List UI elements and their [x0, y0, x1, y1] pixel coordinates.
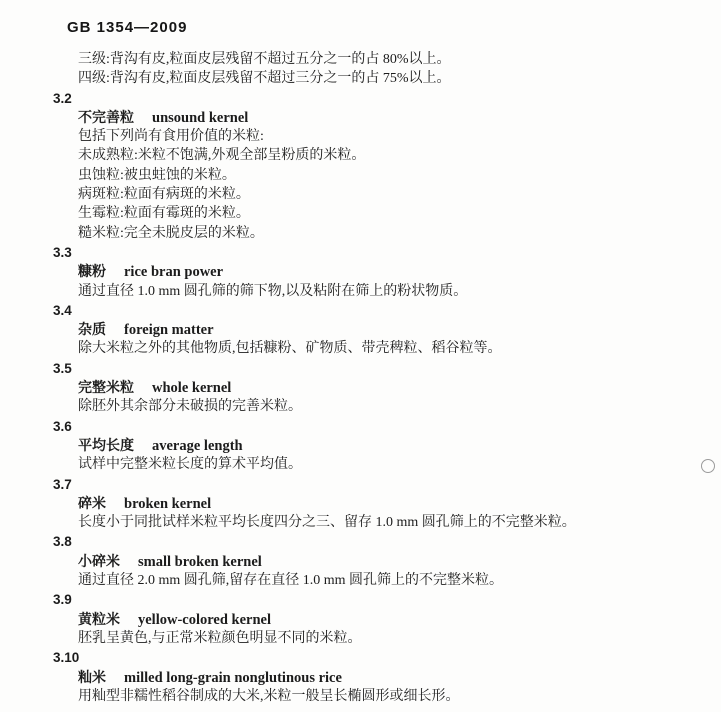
section-number: 3.4	[0, 301, 721, 320]
definition-text: 除大米粒之外的其他物质,包括糠粉、矿物质、带壳稗粒、稻谷粒等。	[78, 341, 502, 356]
definition-text: 通过直径 2.0 mm 圆孔筛,留存在直径 1.0 mm 圆孔筛上的不完整米粒。	[78, 573, 503, 588]
definition-line: 生霉粒:粒面有霉斑的米粒。	[0, 204, 721, 223]
section-number: 3.9	[0, 590, 721, 609]
term-chinese: 黄粒米	[78, 611, 120, 627]
definition-text: 虫蚀粒:被虫蛀蚀的米粒。	[78, 168, 236, 183]
section-number: 3.2	[0, 89, 721, 108]
definition-text: 用籼型非糯性稻谷制成的大米,米粒一般呈长椭圆形或细长形。	[78, 689, 460, 704]
definition-line: 用籼型非糯性稻谷制成的大米,米粒一般呈长椭圆形或细长形。	[0, 687, 721, 706]
term-chinese: 籼米	[78, 669, 106, 685]
definition-text: 除胚外其余部分未破损的完善米粒。	[78, 399, 302, 414]
section-number: 3.8	[0, 532, 721, 551]
definition-text: 糙米粒:完全未脱皮层的米粒。	[78, 226, 264, 241]
term-line: 黄粒米yellow-colored kernel	[0, 610, 721, 629]
definition-text: 包括下列尚有食用价值的米粒:	[78, 129, 264, 144]
binder-hole	[701, 459, 715, 473]
definition-line: 长度小于同批试样米粒平均长度四分之三、留存 1.0 mm 圆孔筛上的不完整米粒。	[0, 513, 721, 532]
term-english: whole kernel	[152, 380, 231, 396]
term-english: unsound kernel	[152, 110, 248, 126]
definition-text: 试样中完整米粒长度的算术平均值。	[78, 457, 302, 472]
document-body: 三级:背沟有皮,粒面皮层残留不超过五分之一的占 80%以上。四级:背沟有皮,粒面…	[0, 50, 721, 706]
term-line: 不完善粒unsound kernel	[0, 108, 721, 127]
term-english: broken kernel	[124, 496, 211, 512]
term-english: foreign matter	[124, 322, 214, 338]
definition-text: 通过直径 1.0 mm 圆孔筛的筛下物,以及粘附在筛上的粉状物质。	[78, 284, 467, 299]
term-chinese: 不完善粒	[78, 109, 134, 125]
term-line: 杂质foreign matter	[0, 320, 721, 339]
term-chinese: 碎米	[78, 495, 106, 511]
term-english: rice bran power	[124, 264, 223, 280]
grade-requirement-line: 三级:背沟有皮,粒面皮层残留不超过五分之一的占 80%以上。	[0, 50, 721, 69]
term-chinese: 小碎米	[78, 553, 120, 569]
grade-requirement-line: 四级:背沟有皮,粒面皮层残留不超过三分之一的占 75%以上。	[0, 69, 721, 88]
term-line: 碎米broken kernel	[0, 494, 721, 513]
section-number-text: 3.2	[53, 91, 72, 106]
term-english: average length	[152, 438, 243, 454]
definition-text: 病斑粒:粒面有病斑的米粒。	[78, 187, 250, 202]
section-number-text: 3.6	[53, 419, 72, 434]
section-number: 3.3	[0, 243, 721, 262]
term-line: 平均长度average length	[0, 436, 721, 455]
term-chinese: 平均长度	[78, 437, 134, 453]
section-number-text: 3.3	[53, 245, 72, 260]
grade-requirement-text: 四级:背沟有皮,粒面皮层残留不超过三分之一的占 75%以上。	[78, 71, 451, 86]
section-number: 3.5	[0, 359, 721, 378]
definition-line: 病斑粒:粒面有病斑的米粒。	[0, 185, 721, 204]
definition-line: 除胚外其余部分未破损的完善米粒。	[0, 397, 721, 416]
term-english: small broken kernel	[138, 554, 262, 570]
section-number-text: 3.7	[53, 477, 72, 492]
section-number: 3.10	[0, 648, 721, 667]
section-number-text: 3.5	[53, 361, 72, 376]
document-page: GB 1354—2009 三级:背沟有皮,粒面皮层残留不超过五分之一的占 80%…	[0, 0, 721, 712]
definition-line: 胚乳呈黄色,与正常米粒颜色明显不同的米粒。	[0, 629, 721, 648]
definition-text: 生霉粒:粒面有霉斑的米粒。	[78, 206, 250, 221]
term-chinese: 完整米粒	[78, 379, 134, 395]
section-number-text: 3.8	[53, 534, 72, 549]
definition-line: 虫蚀粒:被虫蛀蚀的米粒。	[0, 166, 721, 185]
term-line: 籼米milled long-grain nonglutinous rice	[0, 668, 721, 687]
definition-line: 包括下列尚有食用价值的米粒:	[0, 127, 721, 146]
definition-line: 未成熟粒:米粒不饱满,外观全部呈粉质的米粒。	[0, 146, 721, 165]
definition-text: 胚乳呈黄色,与正常米粒颜色明显不同的米粒。	[78, 631, 362, 646]
definition-line: 除大米粒之外的其他物质,包括糠粉、矿物质、带壳稗粒、稻谷粒等。	[0, 339, 721, 358]
term-chinese: 杂质	[78, 321, 106, 337]
definition-line: 糙米粒:完全未脱皮层的米粒。	[0, 224, 721, 243]
term-english: yellow-colored kernel	[138, 612, 271, 628]
definition-line: 通过直径 1.0 mm 圆孔筛的筛下物,以及粘附在筛上的粉状物质。	[0, 282, 721, 301]
section-number: 3.6	[0, 417, 721, 436]
section-number-text: 3.10	[53, 650, 79, 665]
definition-text: 未成熟粒:米粒不饱满,外观全部呈粉质的米粒。	[78, 148, 365, 163]
term-chinese: 糠粉	[78, 263, 106, 279]
section-number: 3.7	[0, 475, 721, 494]
grade-requirement-text: 三级:背沟有皮,粒面皮层残留不超过五分之一的占 80%以上。	[78, 52, 451, 67]
term-line: 完整米粒whole kernel	[0, 378, 721, 397]
standard-number-header: GB 1354—2009	[67, 19, 187, 36]
term-line: 糠粉rice bran power	[0, 262, 721, 281]
section-number-text: 3.9	[53, 592, 72, 607]
section-number-text: 3.4	[53, 303, 72, 318]
definition-line: 通过直径 2.0 mm 圆孔筛,留存在直径 1.0 mm 圆孔筛上的不完整米粒。	[0, 571, 721, 590]
term-line: 小碎米small broken kernel	[0, 552, 721, 571]
term-english: milled long-grain nonglutinous rice	[124, 670, 342, 686]
definition-line: 试样中完整米粒长度的算术平均值。	[0, 455, 721, 474]
definition-text: 长度小于同批试样米粒平均长度四分之三、留存 1.0 mm 圆孔筛上的不完整米粒。	[78, 515, 576, 530]
